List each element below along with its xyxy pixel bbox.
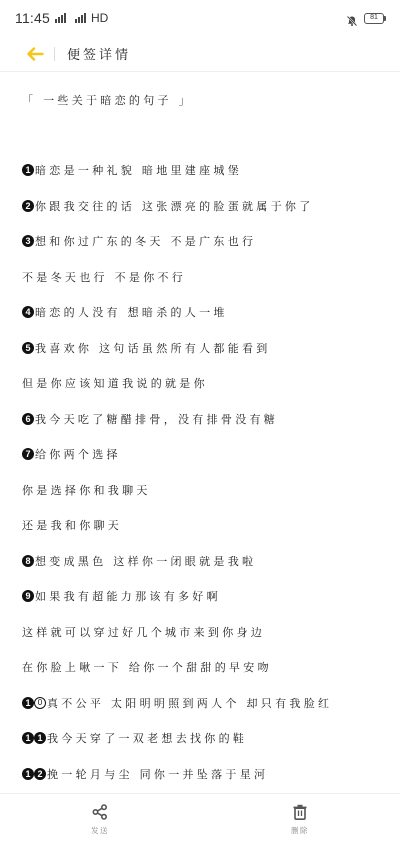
send-label: 发送 — [91, 825, 109, 836]
note-line: 6我今天吃了糖醋排骨，没有排骨没有糖 — [22, 411, 278, 427]
note-line: 2你跟我交往的话 这张漂亮的脸蛋就属于你了 — [22, 198, 314, 214]
note-title: 「 一些关于暗恋的句子 」 — [22, 92, 193, 108]
bell-off-icon — [346, 12, 358, 24]
battery-level: 81 — [364, 13, 384, 24]
number-badge: 10 — [22, 697, 46, 709]
note-line: 还是我和你聊天 — [22, 517, 122, 533]
arrow-left-icon — [26, 47, 44, 61]
note-line: 3想和你过广东的冬天 不是广东也行 — [22, 233, 256, 249]
note-line-text: 不是冬天也行 不是你不行 — [22, 269, 186, 285]
delete-label: 删除 — [291, 825, 309, 836]
number-badge: 3 — [22, 235, 34, 247]
battery-icon: 81 — [364, 13, 386, 24]
note-line-text: 想变成黑色 这样你一闭眼就是我啦 — [35, 553, 256, 569]
number-circle-icon: 3 — [22, 235, 34, 247]
note-line-text: 想和你过广东的冬天 不是广东也行 — [35, 233, 256, 249]
number-circle-icon: 9 — [22, 590, 34, 602]
number-badge: 7 — [22, 448, 34, 460]
note-line-text: 真不公平 太阳明明照到两人个 却只有我脸红 — [47, 695, 332, 711]
number-badge: 9 — [22, 590, 34, 602]
note-line-text: 这样就可以穿过好几个城市来到你身边 — [22, 624, 265, 640]
status-time: 11:45 — [15, 10, 50, 26]
status-right: 81 — [346, 12, 386, 24]
note-line: 5我喜欢你 这句话虽然所有人都能看到 — [22, 340, 271, 356]
note-line: 4暗恋的人没有 想暗杀的人一堆 — [22, 304, 228, 320]
number-badge: 2 — [22, 200, 34, 212]
number-badge: 8 — [22, 555, 34, 567]
number-circle-icon: 1 — [22, 164, 34, 176]
number-circle-icon: 1 — [22, 697, 34, 709]
back-button[interactable] — [20, 39, 50, 69]
note-line: 在你脸上啾一下 给你一个甜甜的早安吻 — [22, 659, 272, 675]
page-title: 便签详情 — [67, 44, 131, 63]
network-label: HD — [91, 11, 108, 25]
note-line-text: 暗恋是一种礼貌 暗地里建座城堡 — [35, 162, 242, 178]
note-line-text: 我喜欢你 这句话虽然所有人都能看到 — [35, 340, 271, 356]
number-circle-icon: 2 — [22, 200, 34, 212]
number-circle-icon: 7 — [22, 448, 34, 460]
header-divider — [54, 47, 55, 61]
number-circle-icon: 5 — [22, 342, 34, 354]
bottom-bar: 发送 删除 — [0, 793, 400, 844]
number-badge: 5 — [22, 342, 34, 354]
share-icon — [92, 804, 108, 820]
note-line-text: 如果我有超能力那该有多好啊 — [35, 588, 221, 604]
note-line: 11我今天穿了一双老想去找你的鞋 — [22, 730, 247, 746]
status-bar: 11:45 HD 81 — [0, 0, 400, 36]
number-circle-icon: 8 — [22, 555, 34, 567]
note-line-text: 还是我和你聊天 — [22, 517, 122, 533]
note-line: 但是你应该知道我说的就是你 — [22, 375, 208, 391]
note-line-text: 你跟我交往的话 这张漂亮的脸蛋就属于你了 — [35, 198, 314, 214]
note-line-text: 我今天穿了一双老想去找你的鞋 — [47, 730, 247, 746]
note-line: 这样就可以穿过好几个城市来到你身边 — [22, 624, 265, 640]
number-circle-icon: 6 — [22, 413, 34, 425]
note-line: 8想变成黑色 这样你一闭眼就是我啦 — [22, 553, 256, 569]
note-line: 1暗恋是一种礼貌 暗地里建座城堡 — [22, 162, 242, 178]
trash-icon — [292, 804, 308, 820]
signal-icon — [75, 13, 86, 23]
note-line-text: 挽一轮月与尘 同你一并坠落于星河 — [47, 766, 268, 782]
number-badge: 1 — [22, 164, 34, 176]
note-line-text: 在你脸上啾一下 给你一个甜甜的早安吻 — [22, 659, 272, 675]
note-line-text: 我今天吃了糖醋排骨，没有排骨没有糖 — [35, 411, 278, 427]
send-button[interactable]: 发送 — [0, 794, 200, 844]
number-circle-icon: 1 — [34, 732, 46, 744]
number-circle-icon: 4 — [22, 306, 34, 318]
note-line: 7给你两个选择 — [22, 446, 121, 462]
note-line: 不是冬天也行 不是你不行 — [22, 269, 186, 285]
note-line: 10真不公平 太阳明明照到两人个 却只有我脸红 — [22, 695, 332, 711]
note-line-text: 你是选择你和我聊天 — [22, 482, 151, 498]
note-line: 9如果我有超能力那该有多好啊 — [22, 588, 221, 604]
note-line-text: 暗恋的人没有 想暗杀的人一堆 — [35, 304, 228, 320]
note-line-text: 但是你应该知道我说的就是你 — [22, 375, 208, 391]
number-badge: 11 — [22, 732, 46, 744]
header: 便签详情 — [0, 36, 400, 72]
number-badge: 12 — [22, 768, 46, 780]
note-line: 你是选择你和我聊天 — [22, 482, 151, 498]
number-circle-icon: 1 — [22, 768, 34, 780]
note-content[interactable]: 「 一些关于暗恋的句子 」 1暗恋是一种礼貌 暗地里建座城堡2你跟我交往的话 这… — [0, 72, 400, 792]
status-left: 11:45 HD — [15, 10, 108, 26]
note-line-text: 给你两个选择 — [35, 446, 121, 462]
note-line: 12挽一轮月与尘 同你一并坠落于星河 — [22, 766, 268, 782]
delete-button[interactable]: 删除 — [200, 794, 400, 844]
number-circle-icon: 0 — [34, 697, 46, 709]
number-circle-icon: 1 — [22, 732, 34, 744]
number-circle-icon: 2 — [34, 768, 46, 780]
signal-icon — [55, 13, 66, 23]
number-badge: 4 — [22, 306, 34, 318]
number-badge: 6 — [22, 413, 34, 425]
